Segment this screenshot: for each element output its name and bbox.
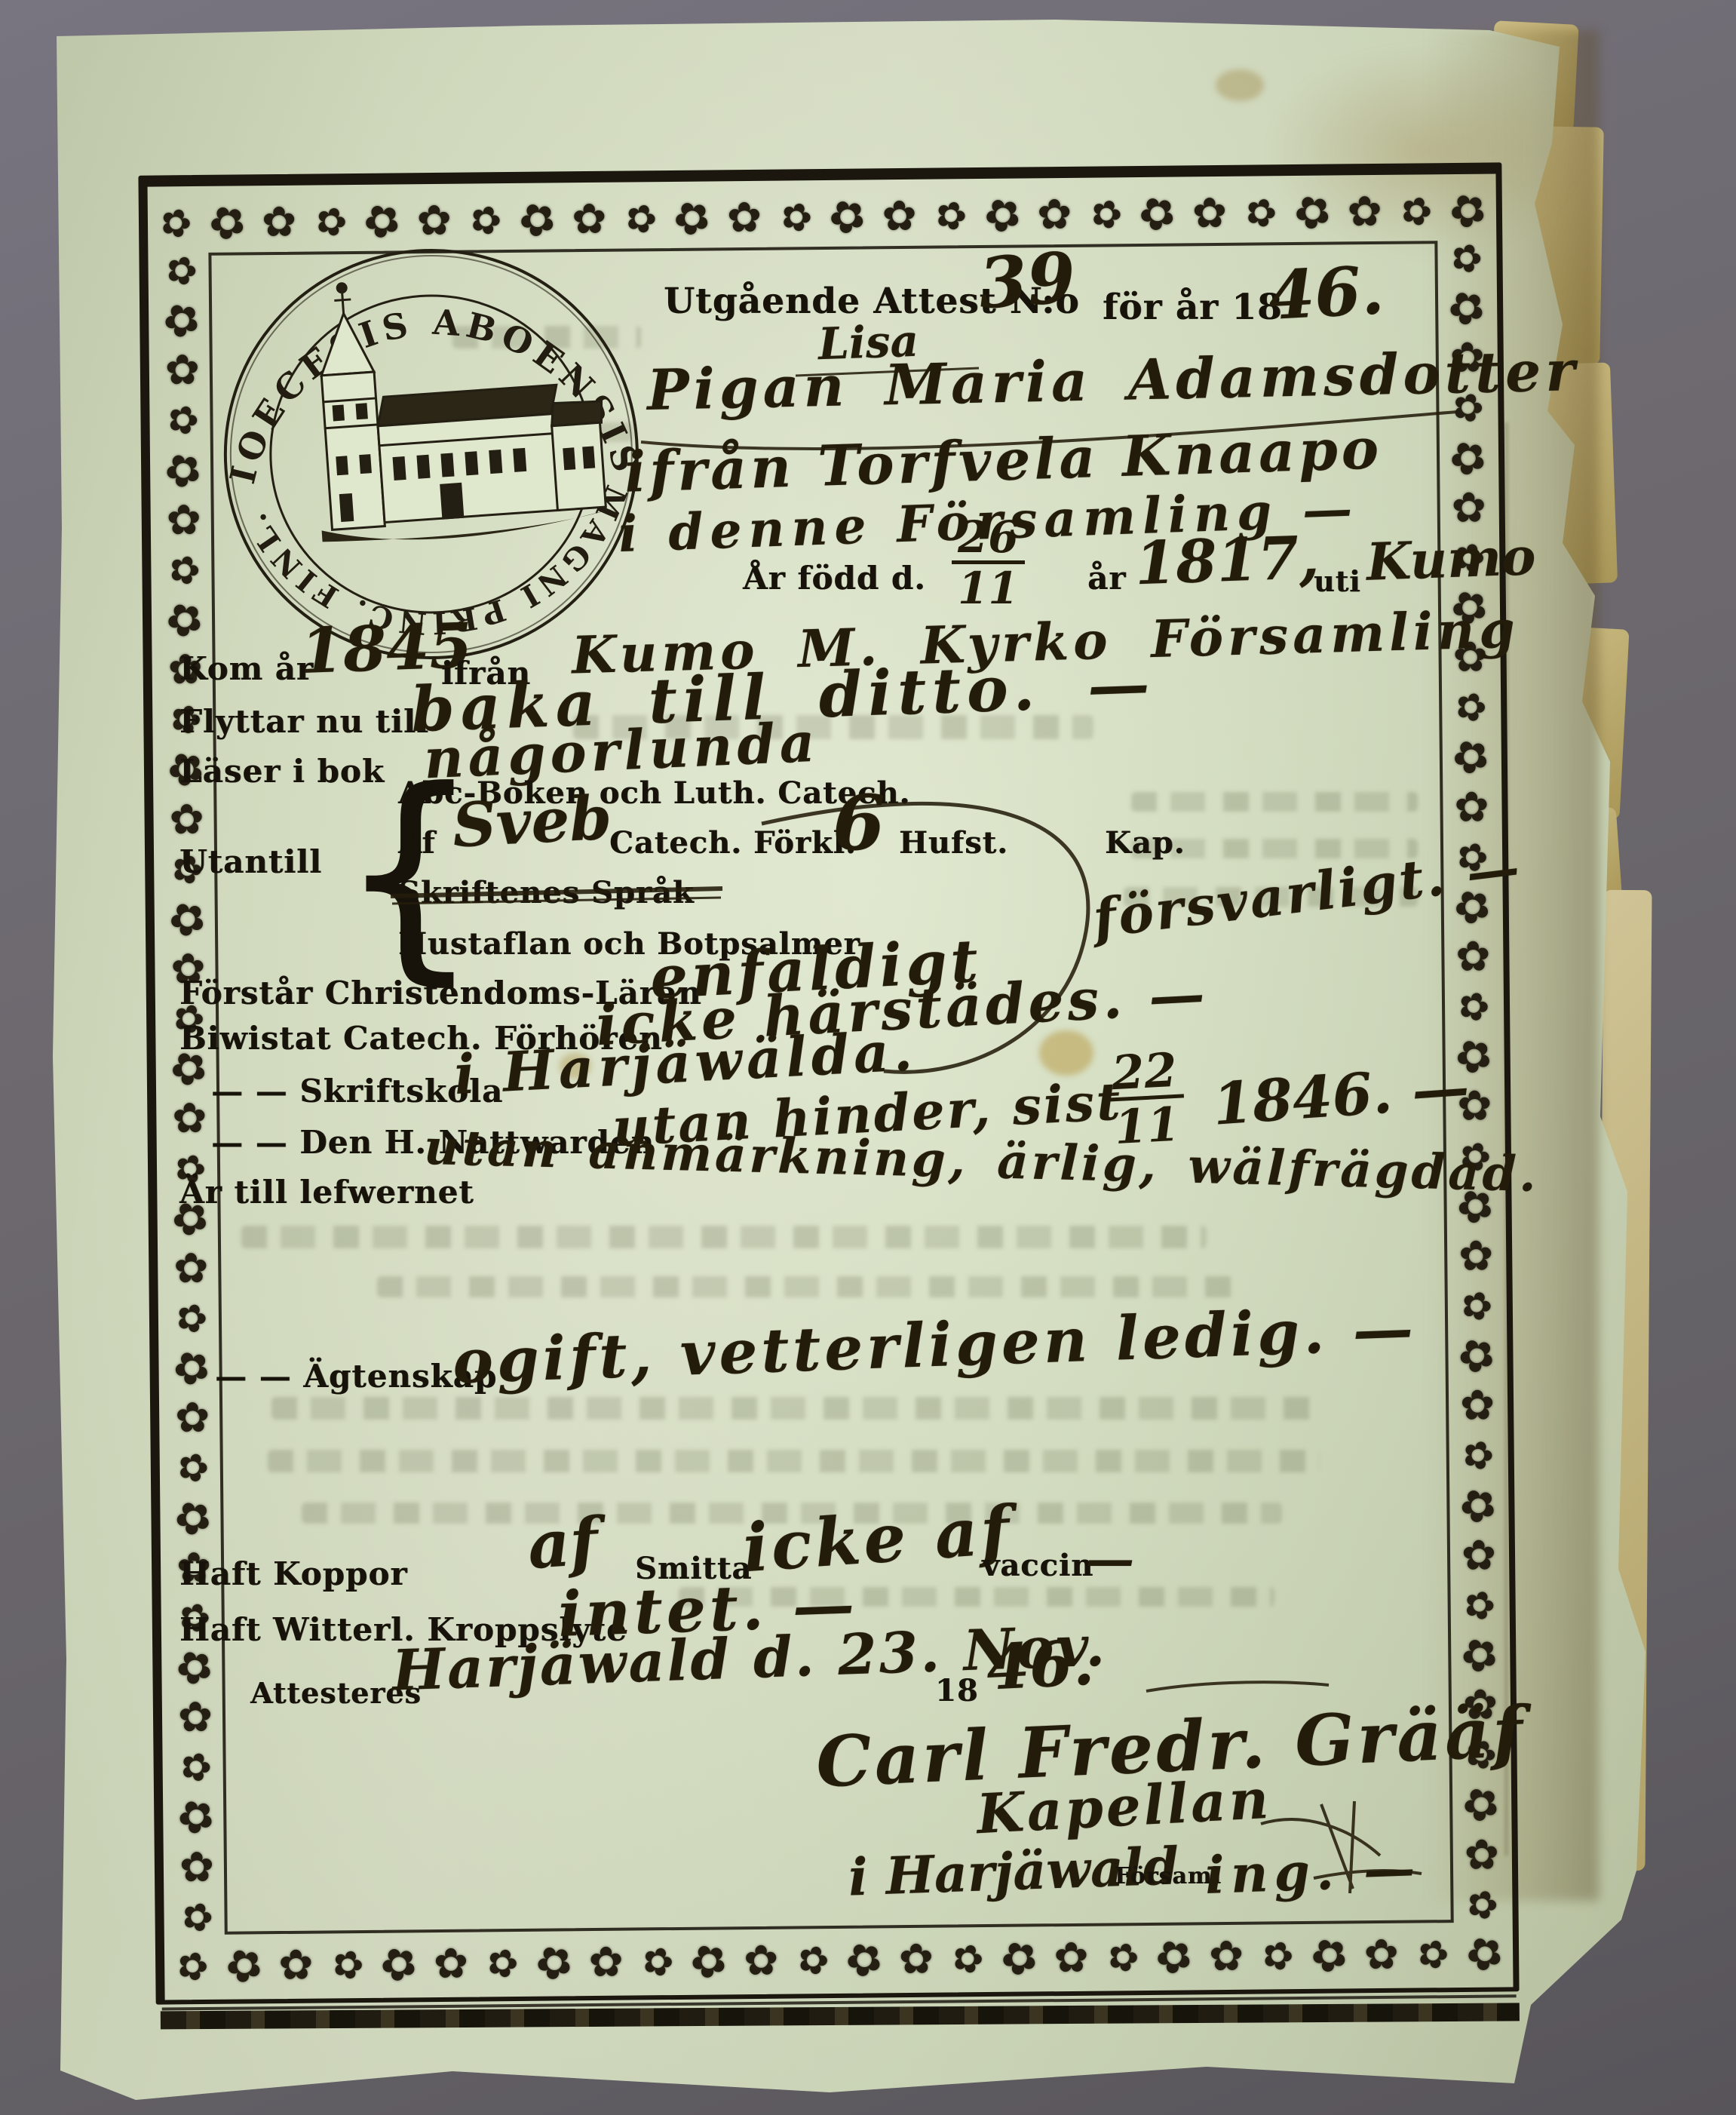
- scanned-document-page: ✿✿✿✿✿✿✿✿✿✿✿✿✿✿✿✿✿✿✿✿✿✿✿✿✿✿ ✿✿✿✿✿✿✿✿✿✿✿✿✿…: [0, 0, 1736, 2115]
- pen-flourishes: [0, 0, 1736, 2115]
